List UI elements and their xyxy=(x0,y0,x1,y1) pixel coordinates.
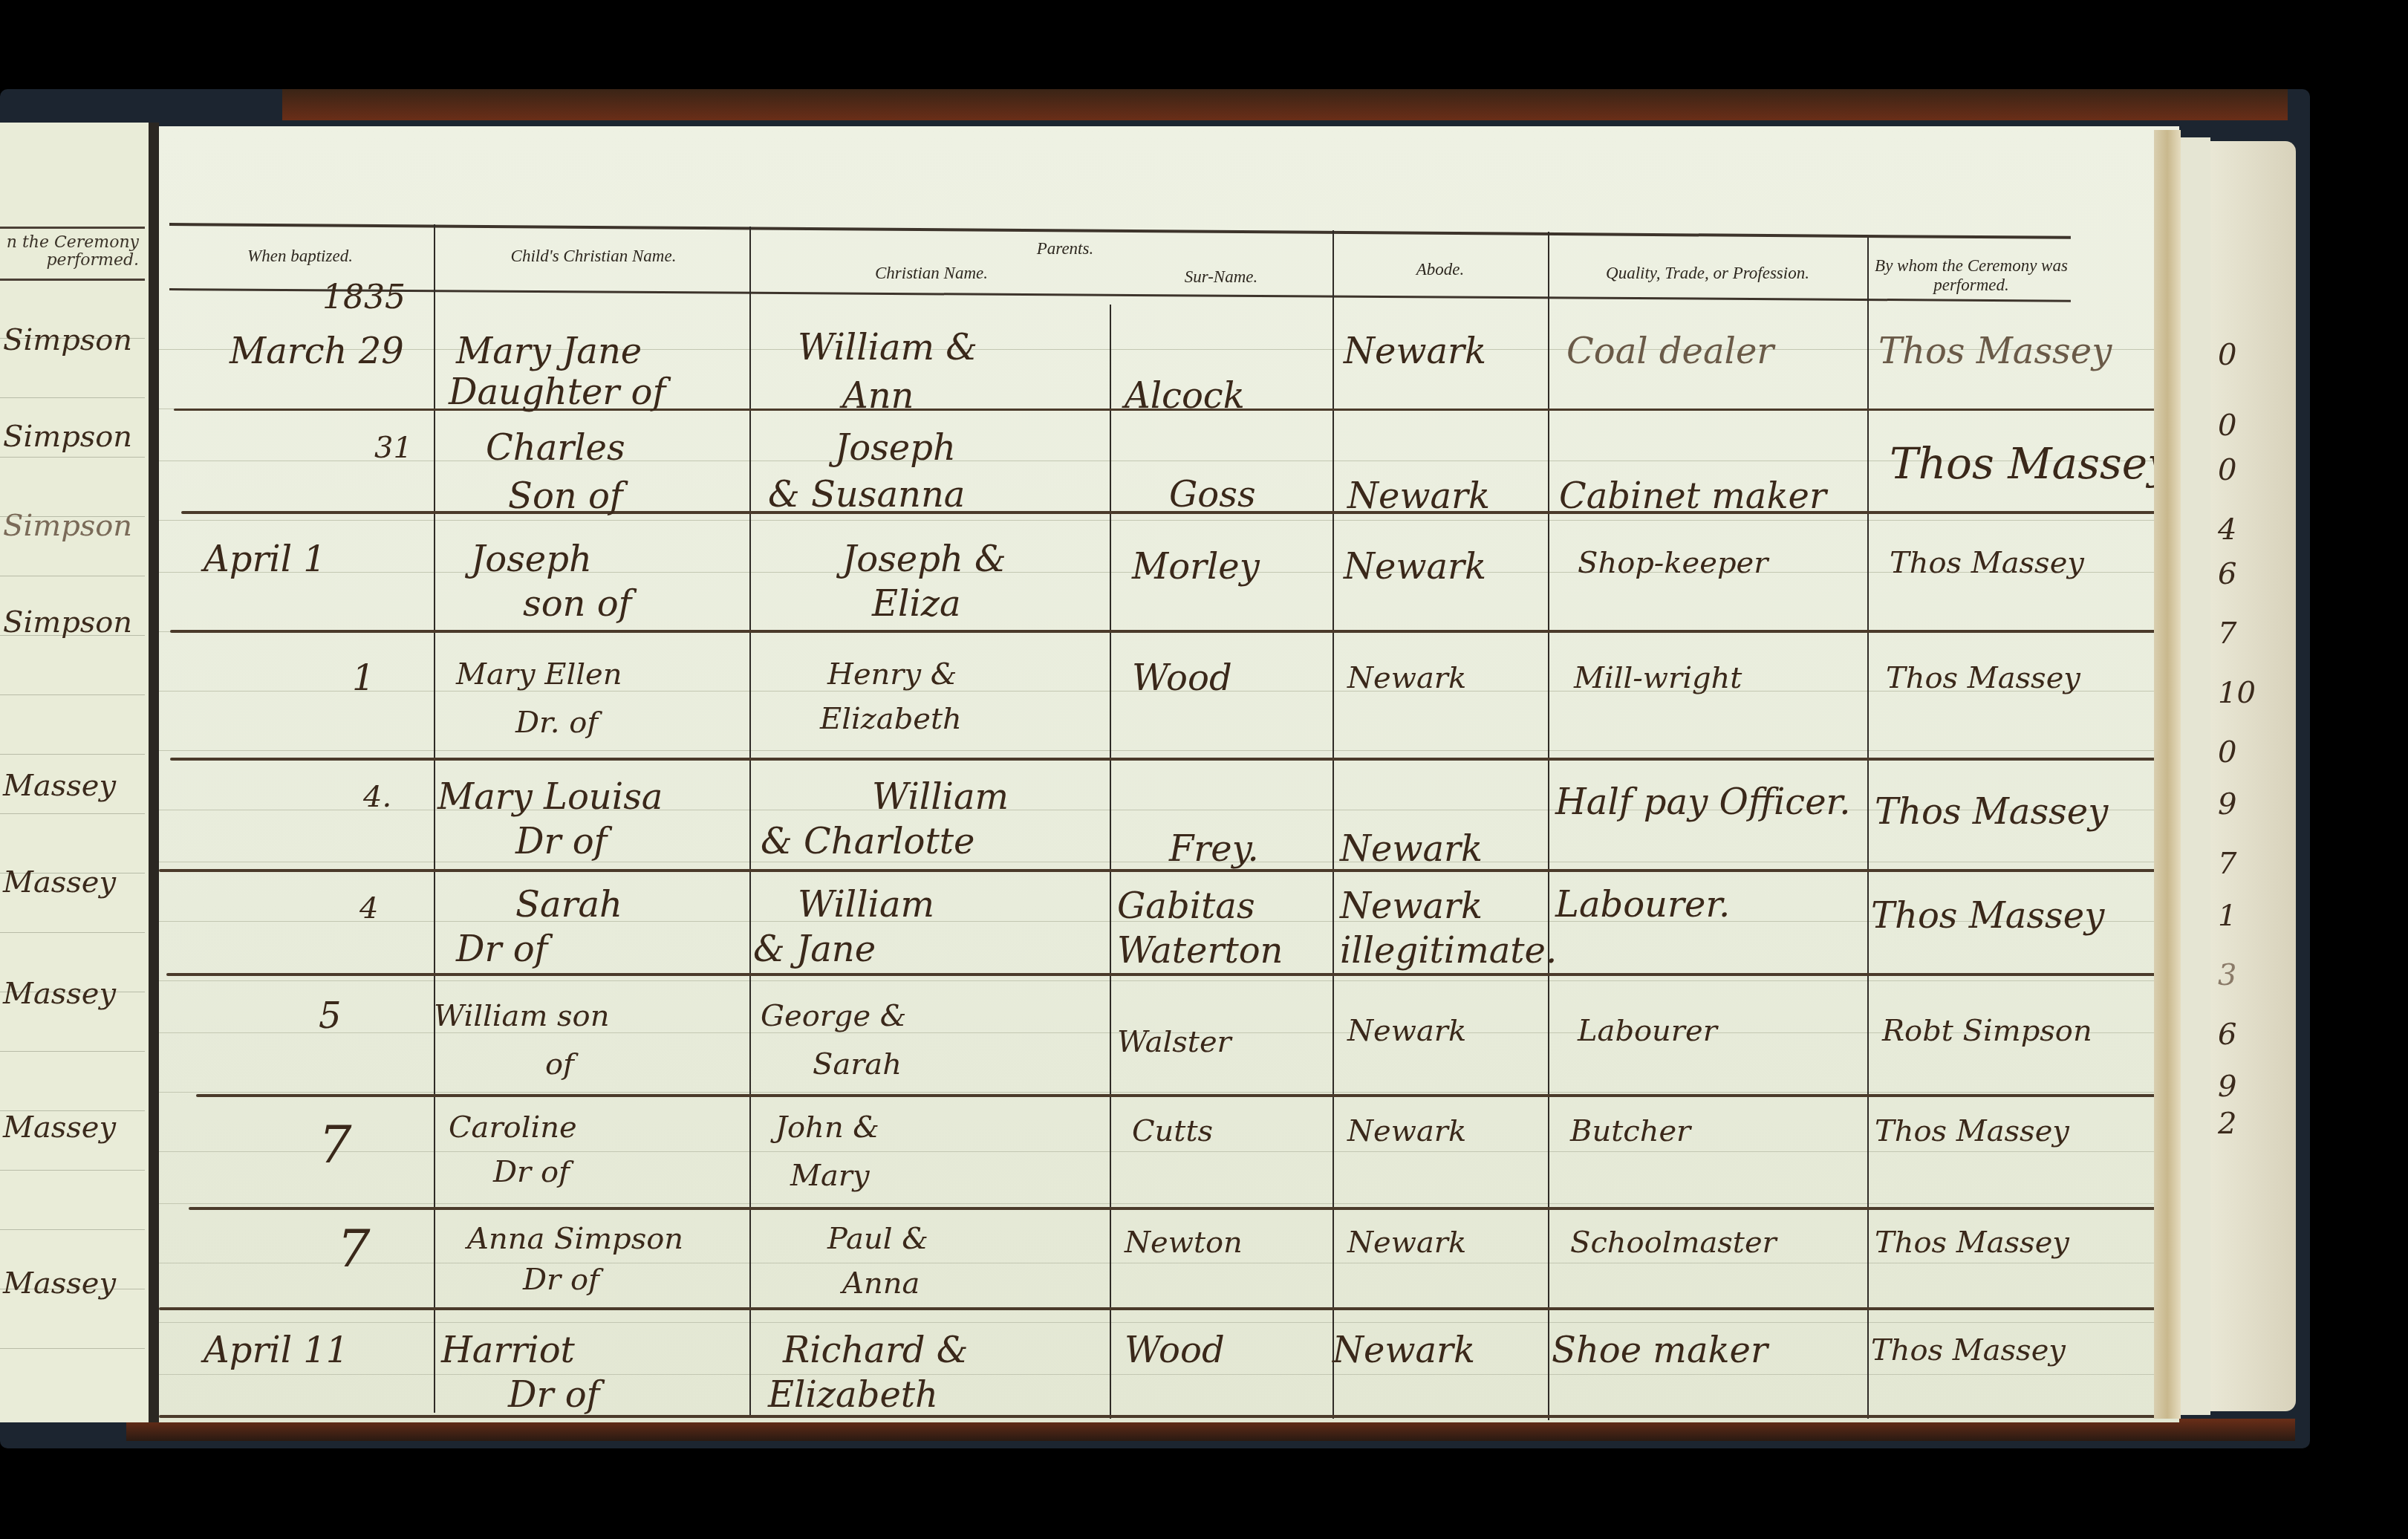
entry-officiant: Thos Massey xyxy=(1878,331,2112,372)
entry-abode: Newark xyxy=(1347,1226,1466,1260)
margin-number: 0 xyxy=(2218,338,2236,372)
entry-parent-line-1: Henry & xyxy=(827,657,957,692)
right-margin-page: 0 0 0 4 6 7 10 0 9 7 1 3 6 9 2 xyxy=(2210,141,2296,1411)
entry-child-name: William son xyxy=(434,999,609,1033)
ruled-line xyxy=(159,1151,2179,1152)
entry-child-name: Anna Simpson xyxy=(467,1222,683,1256)
entry-date: 31 xyxy=(374,431,412,465)
ruled-line xyxy=(0,1051,145,1052)
left-page: n the Ceremony performed. Simpson Simpso… xyxy=(0,123,159,1422)
entry-officiant: Thos Massey xyxy=(1871,1333,2066,1367)
header-surname: Sur-Name. xyxy=(1117,267,1325,287)
ruled-line xyxy=(159,1263,2179,1263)
entry-parent-line-2: & Susanna xyxy=(768,474,965,515)
entry-surname: Cutts xyxy=(1132,1114,1213,1148)
margin-number: 0 xyxy=(2218,409,2236,443)
margin-number: 9 xyxy=(2218,787,2236,821)
entry-parent-line-2: Sarah xyxy=(813,1047,902,1081)
entry-profession: Schoolmaster xyxy=(1570,1226,1777,1260)
entry-date: 1 xyxy=(352,657,375,699)
entry-parent-line-1: Paul & xyxy=(827,1222,928,1256)
header-parents: Parents. xyxy=(902,239,1229,258)
entry-profession: Butcher xyxy=(1570,1114,1691,1148)
margin-number: 3 xyxy=(2218,958,2236,992)
entry-parent-line-2: & Charlotte xyxy=(761,821,974,862)
margin-number: 7 xyxy=(2218,847,2236,881)
ruled-line xyxy=(159,461,2179,461)
entry-profession: Half pay Officer. xyxy=(1555,780,1852,824)
ruled-line xyxy=(159,520,2179,521)
entry-parent-line-2: Mary xyxy=(790,1159,870,1193)
left-signature: Massey xyxy=(3,769,116,803)
entry-date: 4. xyxy=(363,780,391,814)
entry-child-name: Mary Jane xyxy=(456,331,642,372)
entry-profession: Shop-keeper xyxy=(1578,546,1768,580)
left-signature: Simpson xyxy=(3,605,132,640)
entry-parent-line-1: Joseph & xyxy=(842,539,1006,580)
ruled-line xyxy=(0,457,145,458)
entry-profession: Labourer xyxy=(1578,1014,1717,1048)
entry-surname: Wood xyxy=(1125,1330,1225,1371)
entry-abode: Newark xyxy=(1332,1330,1475,1371)
column-divider xyxy=(1110,305,1111,1419)
ruled-line xyxy=(159,1092,2179,1093)
entry-separator xyxy=(170,758,2179,761)
left-signature: Simpson xyxy=(3,509,132,543)
ruled-line xyxy=(0,754,145,755)
ruled-line xyxy=(0,1170,145,1171)
entry-parent-line-1: George & xyxy=(761,999,906,1033)
left-header-line-2: performed. xyxy=(0,252,139,270)
column-divider xyxy=(1867,238,1869,1419)
entry-parent-line-2: & Jane xyxy=(753,928,876,970)
header-top-rule xyxy=(169,223,2071,239)
entry-profession: Mill-wright xyxy=(1574,661,1742,695)
header-bottom-rule xyxy=(169,288,2071,302)
left-header-line-1: n the Ceremony xyxy=(0,234,139,252)
ruled-line xyxy=(0,1348,145,1349)
entry-child-relation: Dr of xyxy=(508,1374,599,1416)
ruled-line xyxy=(0,694,145,695)
entry-abode: Newark xyxy=(1340,828,1483,870)
left-signature: Massey xyxy=(3,977,116,1011)
left-signature: Simpson xyxy=(3,420,132,454)
entry-child-name: Harriot xyxy=(441,1330,575,1371)
column-divider xyxy=(749,227,751,1415)
entry-date: April 11 xyxy=(204,1330,348,1371)
margin-number: 1 xyxy=(2218,899,2236,933)
entry-parent-line-2: Elizabeth xyxy=(768,1374,938,1416)
register-year: 1835 xyxy=(322,279,406,316)
entry-child-relation: Dr of xyxy=(515,821,607,862)
column-divider xyxy=(434,224,435,1413)
entry-separator xyxy=(189,1207,2179,1210)
entry-date: March 29 xyxy=(230,331,404,372)
underlying-page-edge xyxy=(2181,137,2210,1415)
entry-officiant: Robt Simpson xyxy=(1882,1014,2092,1048)
entry-date: April 1 xyxy=(204,539,326,580)
entry-child-name: Joseph xyxy=(471,539,592,580)
ruled-line xyxy=(0,1229,145,1230)
entry-date: 7 xyxy=(319,1114,352,1175)
entry-child-name: Charles xyxy=(486,427,625,469)
entry-date: 4 xyxy=(359,891,378,925)
entry-parent-line-1: Joseph xyxy=(835,427,956,469)
entry-parent-line-1: William xyxy=(872,776,1009,818)
entry-profession: Labourer. xyxy=(1555,884,1730,925)
left-signature: Simpson xyxy=(3,323,132,357)
binding-top-edge xyxy=(282,89,2288,120)
left-signature: Massey xyxy=(3,1266,116,1301)
entry-officiant: Thos Massey xyxy=(1886,661,2080,695)
entry-surname: Wood xyxy=(1132,657,1232,699)
ruled-line xyxy=(0,576,145,576)
left-header-rule xyxy=(0,227,145,229)
entry-child-name: Caroline xyxy=(449,1110,577,1145)
entry-parent-line-2: Eliza xyxy=(872,583,961,625)
entry-child-relation: Dr of xyxy=(493,1155,570,1189)
entry-officiant: Thos Massey xyxy=(1875,1226,2069,1260)
left-signature: Massey xyxy=(3,1110,116,1145)
entry-separator xyxy=(170,630,2179,633)
entry-profession: Coal dealer xyxy=(1566,331,1774,372)
entry-date: 5 xyxy=(319,995,342,1037)
margin-number: 0 xyxy=(2218,453,2236,487)
entry-surname: Goss xyxy=(1169,474,1256,515)
entry-date: 7 xyxy=(337,1218,371,1279)
margin-number: 9 xyxy=(2218,1070,2236,1104)
entry-surname: Gabitas Waterton xyxy=(1117,884,1340,973)
entry-child-name: Sarah xyxy=(515,884,622,925)
margin-number: 6 xyxy=(2218,1018,2236,1052)
entry-officiant: Thos Massey xyxy=(1871,895,2104,937)
header-child-name: Child's Christian Name. xyxy=(441,247,746,266)
entry-abode: Newark xyxy=(1344,546,1486,588)
entry-child-name: Mary Louisa xyxy=(437,776,663,818)
entry-parent-line-2: Elizabeth xyxy=(820,702,962,736)
margin-number: 6 xyxy=(2218,557,2236,591)
entry-parent-line-1: John & xyxy=(775,1110,879,1145)
header-abode: Abode. xyxy=(1340,260,1540,279)
entry-parent-line-1: Richard & xyxy=(783,1330,969,1371)
entry-abode: Newark xyxy=(1347,1114,1466,1148)
entry-child-relation: Dr of xyxy=(456,928,547,970)
entry-child-relation: Dr of xyxy=(523,1263,599,1297)
header-profession: Quality, Trade, or Profession. xyxy=(1555,264,1860,283)
register-page: When baptized. Child's Christian Name. P… xyxy=(159,126,2179,1422)
entry-surname: Newton xyxy=(1125,1226,1243,1260)
ruled-line xyxy=(159,750,2179,751)
entry-parent-line-2: Anna xyxy=(842,1266,920,1301)
entry-surname: Morley xyxy=(1132,546,1260,588)
entry-abode: Newark xyxy=(1344,331,1486,372)
entry-abode: Newark xyxy=(1347,661,1466,695)
entry-officiant: Thos Massey xyxy=(1890,438,2172,489)
margin-number: 0 xyxy=(2218,735,2236,769)
ruled-line xyxy=(159,1322,2179,1323)
entry-separator xyxy=(159,1415,2179,1418)
margin-number: 10 xyxy=(2218,676,2256,710)
entry-officiant: Thos Massey xyxy=(1875,1114,2069,1148)
entry-child-name: Mary Ellen xyxy=(456,657,622,692)
entry-separator xyxy=(196,1094,2179,1097)
entry-parent-line-2: Ann xyxy=(842,375,914,417)
header-officiant: By whom the Ceremony was performed. xyxy=(1875,256,2068,295)
ruled-line xyxy=(0,932,145,933)
left-signature: Massey xyxy=(3,865,116,899)
page-edge-stain xyxy=(2154,130,2181,1419)
header-parents-christian-name: Christian Name. xyxy=(768,264,1095,283)
entry-child-relation: Dr. of xyxy=(515,706,598,740)
entry-officiant: Thos Massey xyxy=(1875,791,2108,833)
entry-surname: Frey. xyxy=(1169,828,1259,870)
ruled-line xyxy=(159,1203,2179,1204)
entry-child-relation: son of xyxy=(523,583,631,625)
ruled-line xyxy=(0,813,145,814)
entry-officiant: Thos Massey xyxy=(1890,546,2084,580)
ruled-line xyxy=(159,980,2179,981)
left-header-rule-bottom xyxy=(0,279,145,281)
entry-child-relation: Son of xyxy=(508,475,623,517)
margin-number: 2 xyxy=(2218,1107,2236,1141)
margin-number: 4 xyxy=(2218,513,2236,547)
entry-parent-line-1: William & xyxy=(798,327,977,368)
entry-separator xyxy=(166,973,2179,976)
entry-profession: Cabinet maker xyxy=(1559,475,1826,517)
ruled-line xyxy=(159,1374,2179,1375)
entry-child-relation: Daughter of xyxy=(449,371,666,413)
entry-separator xyxy=(159,1307,2179,1310)
entry-parent-line-1: William xyxy=(798,884,934,925)
left-page-header: n the Ceremony performed. xyxy=(0,234,145,270)
margin-number: 7 xyxy=(2218,616,2236,651)
header-when-baptized: When baptized. xyxy=(174,247,426,266)
entry-surname: Alcock xyxy=(1125,375,1245,417)
ruled-line xyxy=(0,397,145,398)
entry-abode: Newark xyxy=(1347,1014,1466,1048)
entry-profession: Shoe maker xyxy=(1552,1330,1768,1371)
entry-surname: Walster xyxy=(1117,1025,1231,1059)
entry-child-relation: of xyxy=(545,1047,574,1081)
entry-abode: Newark xyxy=(1347,475,1490,517)
